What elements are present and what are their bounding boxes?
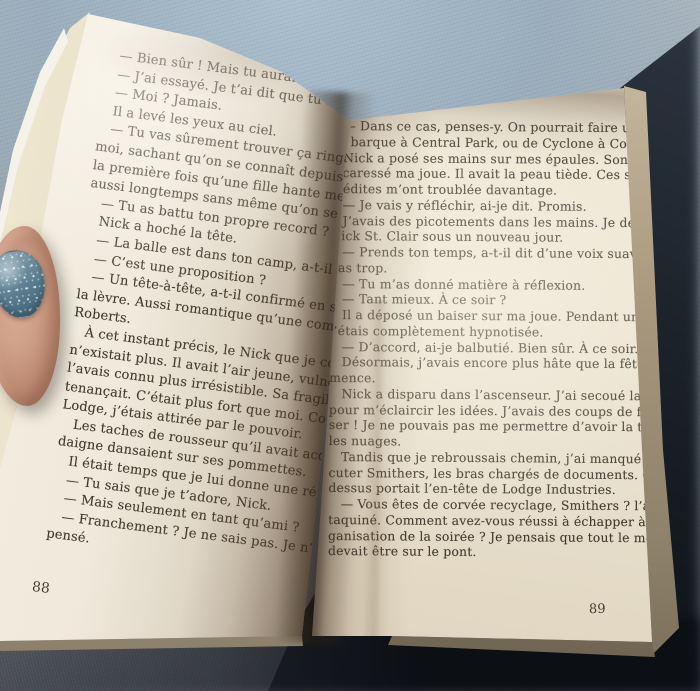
text-line: taquiné. Comment avez-vous réussi à écha… bbox=[328, 512, 638, 530]
text-line: — C’est une proposition ? bbox=[80, 249, 390, 306]
left-cover-edge bbox=[0, 0, 700, 691]
thumb bbox=[0, 226, 60, 406]
text-line: mence. bbox=[329, 370, 639, 388]
text-line: daigne dansaient sur ses pommettes. bbox=[57, 433, 367, 490]
right-page-gutter-shadow bbox=[276, 92, 436, 646]
spine-gutter-shadow bbox=[274, 90, 377, 645]
right-fore-edge bbox=[0, 0, 700, 691]
text-line: Nick St. Clair sous un nouveau jour. bbox=[330, 228, 640, 246]
text-line: cuter Smithers, les bras chargés de docu… bbox=[328, 464, 638, 482]
text-line: pour m’éclaircir les idées. J’avais des … bbox=[329, 401, 639, 419]
text-line: la lèvre. Aussi romantique qu’une comédi… bbox=[75, 286, 385, 343]
text-line: devait être sur le pont. bbox=[328, 543, 638, 561]
text-line: Roberts. bbox=[73, 304, 383, 361]
right-page-fold-line bbox=[361, 300, 395, 645]
thumb-nail-polish bbox=[0, 246, 50, 321]
left-page-text: — Bien sûr ! Mais tu aurais pu me le dir… bbox=[45, 46, 415, 583]
text-line: — Franchement ? Je ne sais pas. Je n’y a… bbox=[47, 507, 357, 564]
text-line: — Tu vas sûrement trouver ça ringard ven… bbox=[96, 120, 406, 177]
left-page-stack-edge bbox=[0, 0, 700, 691]
text-line: inédites m’ont troublée davantage. bbox=[330, 181, 640, 199]
text-line: — Tu m’as donné matière à réflexion. bbox=[330, 275, 640, 293]
text-line: ganisation de la soirée ? Je pensais que… bbox=[328, 527, 638, 545]
text-line: Nick a posé ses mains sur mes épaules. S… bbox=[331, 149, 641, 167]
text-line: tenançait. C’était plus fort que moi. Co… bbox=[64, 378, 374, 435]
text-line: — D’accord, ai-je balbutié. Bien sûr. À … bbox=[329, 338, 639, 356]
photo-open-book: — Bien sûr ! Mais tu aurais pu me le dir… bbox=[0, 0, 700, 691]
text-line: — Mais seulement en tant qu’ami ? bbox=[50, 489, 360, 546]
text-line: Désormais, j’avais encore plus hâte que … bbox=[329, 354, 639, 372]
text-line: — Vous êtes de corvée recyclage, Smither… bbox=[328, 496, 638, 514]
text-line: — Moi ? Jamais. bbox=[101, 83, 411, 140]
text-line: — Bien sûr ! Mais tu aurais pu me le dir… bbox=[106, 46, 416, 103]
text-line: — Dans ce cas, penses-y. On pourrait fai… bbox=[331, 118, 641, 136]
text-line: J’avais des picotements dans les mains. … bbox=[330, 212, 640, 230]
text-line: À cet instant précis, le Nick que je con… bbox=[71, 323, 381, 380]
text-line: les nuages. bbox=[329, 433, 639, 451]
text-line: — Tu sais que je t’adore, Nick. bbox=[52, 470, 362, 527]
book-cast-shadow bbox=[0, 618, 700, 691]
right-page-bottom-edge bbox=[0, 0, 700, 691]
text-line: moi, sachant qu’on se connaît depuis tou… bbox=[94, 138, 404, 195]
text-line: Tandis que je rebroussais chemin, j’ai m… bbox=[329, 449, 639, 467]
text-line: — Tu as battu ton propre record ? bbox=[87, 194, 397, 251]
left-page-shading bbox=[0, 0, 700, 691]
right-page-shading bbox=[0, 0, 700, 691]
text-line: Nick a hoché la tête. bbox=[85, 212, 395, 269]
text-line: Nick a disparu dans l’ascenseur. J’ai se… bbox=[329, 386, 639, 404]
text-line: a caressé ma joue. Il avait la peau tièd… bbox=[331, 165, 641, 183]
text-line: — La balle est dans ton camp, a-t-il ajo… bbox=[82, 230, 392, 287]
text-line: Il était temps que je lui donne une répo… bbox=[54, 452, 364, 509]
right-page-number: 89 bbox=[589, 602, 606, 617]
text-line: Il a déposé un baiser sur ma joue. Penda… bbox=[330, 307, 640, 325]
right-page-text: — Dans ce cas, penses-y. On pourrait fai… bbox=[328, 118, 641, 561]
fabric-background bbox=[0, 0, 700, 691]
right-page: — Dans ce cas, penses-y. On pourrait fai… bbox=[0, 0, 700, 691]
text-line: — J’ai essayé. Je t’ai dit que tu étais … bbox=[103, 64, 413, 121]
text-line: j’étais complètement hypnotisée. bbox=[329, 323, 639, 341]
text-line: — Je vais y réfléchir, ai-je dit. Promis… bbox=[330, 197, 640, 215]
left-page: — Bien sûr ! Mais tu aurais pu me le dir… bbox=[0, 0, 700, 691]
text-line: Il a levé les yeux au ciel. bbox=[99, 101, 409, 158]
text-line: la première fois qu’une fille hante mes … bbox=[92, 157, 402, 214]
text-line: — Tant mieux. À ce soir ? bbox=[330, 291, 640, 309]
left-page-number: 88 bbox=[31, 579, 50, 597]
text-line: Lodge, j’étais attirée par le pouvoir. bbox=[61, 396, 371, 453]
text-line: pensé. bbox=[45, 526, 355, 583]
left-page-bottom-edge bbox=[0, 0, 700, 691]
text-line: — Prends ton temps, a-t-il dit d’une voi… bbox=[330, 244, 640, 262]
text-line: Les taches de rousseur qu’il avait acqui… bbox=[59, 415, 369, 472]
text-line: pas trop. bbox=[330, 260, 640, 278]
text-line: ser ! Je ne pouvais pas me permettre d’a… bbox=[329, 417, 639, 435]
text-line: — Un tête-à-tête, a-t-il confirmé en se … bbox=[78, 267, 388, 324]
text-line: dessus portait l’en-tête de Lodge Indust… bbox=[328, 480, 638, 498]
text-line: aussi longtemps sans même qu’on se voie. bbox=[89, 175, 399, 232]
text-line: l’avais connu plus irrésistible. Sa frag… bbox=[66, 360, 376, 417]
text-line: n’existait plus. Il avait l’air jeune, v… bbox=[68, 341, 378, 398]
dark-surface-right bbox=[0, 0, 700, 691]
text-line: de barque à Central Park, ou de Cyclone … bbox=[331, 134, 641, 152]
